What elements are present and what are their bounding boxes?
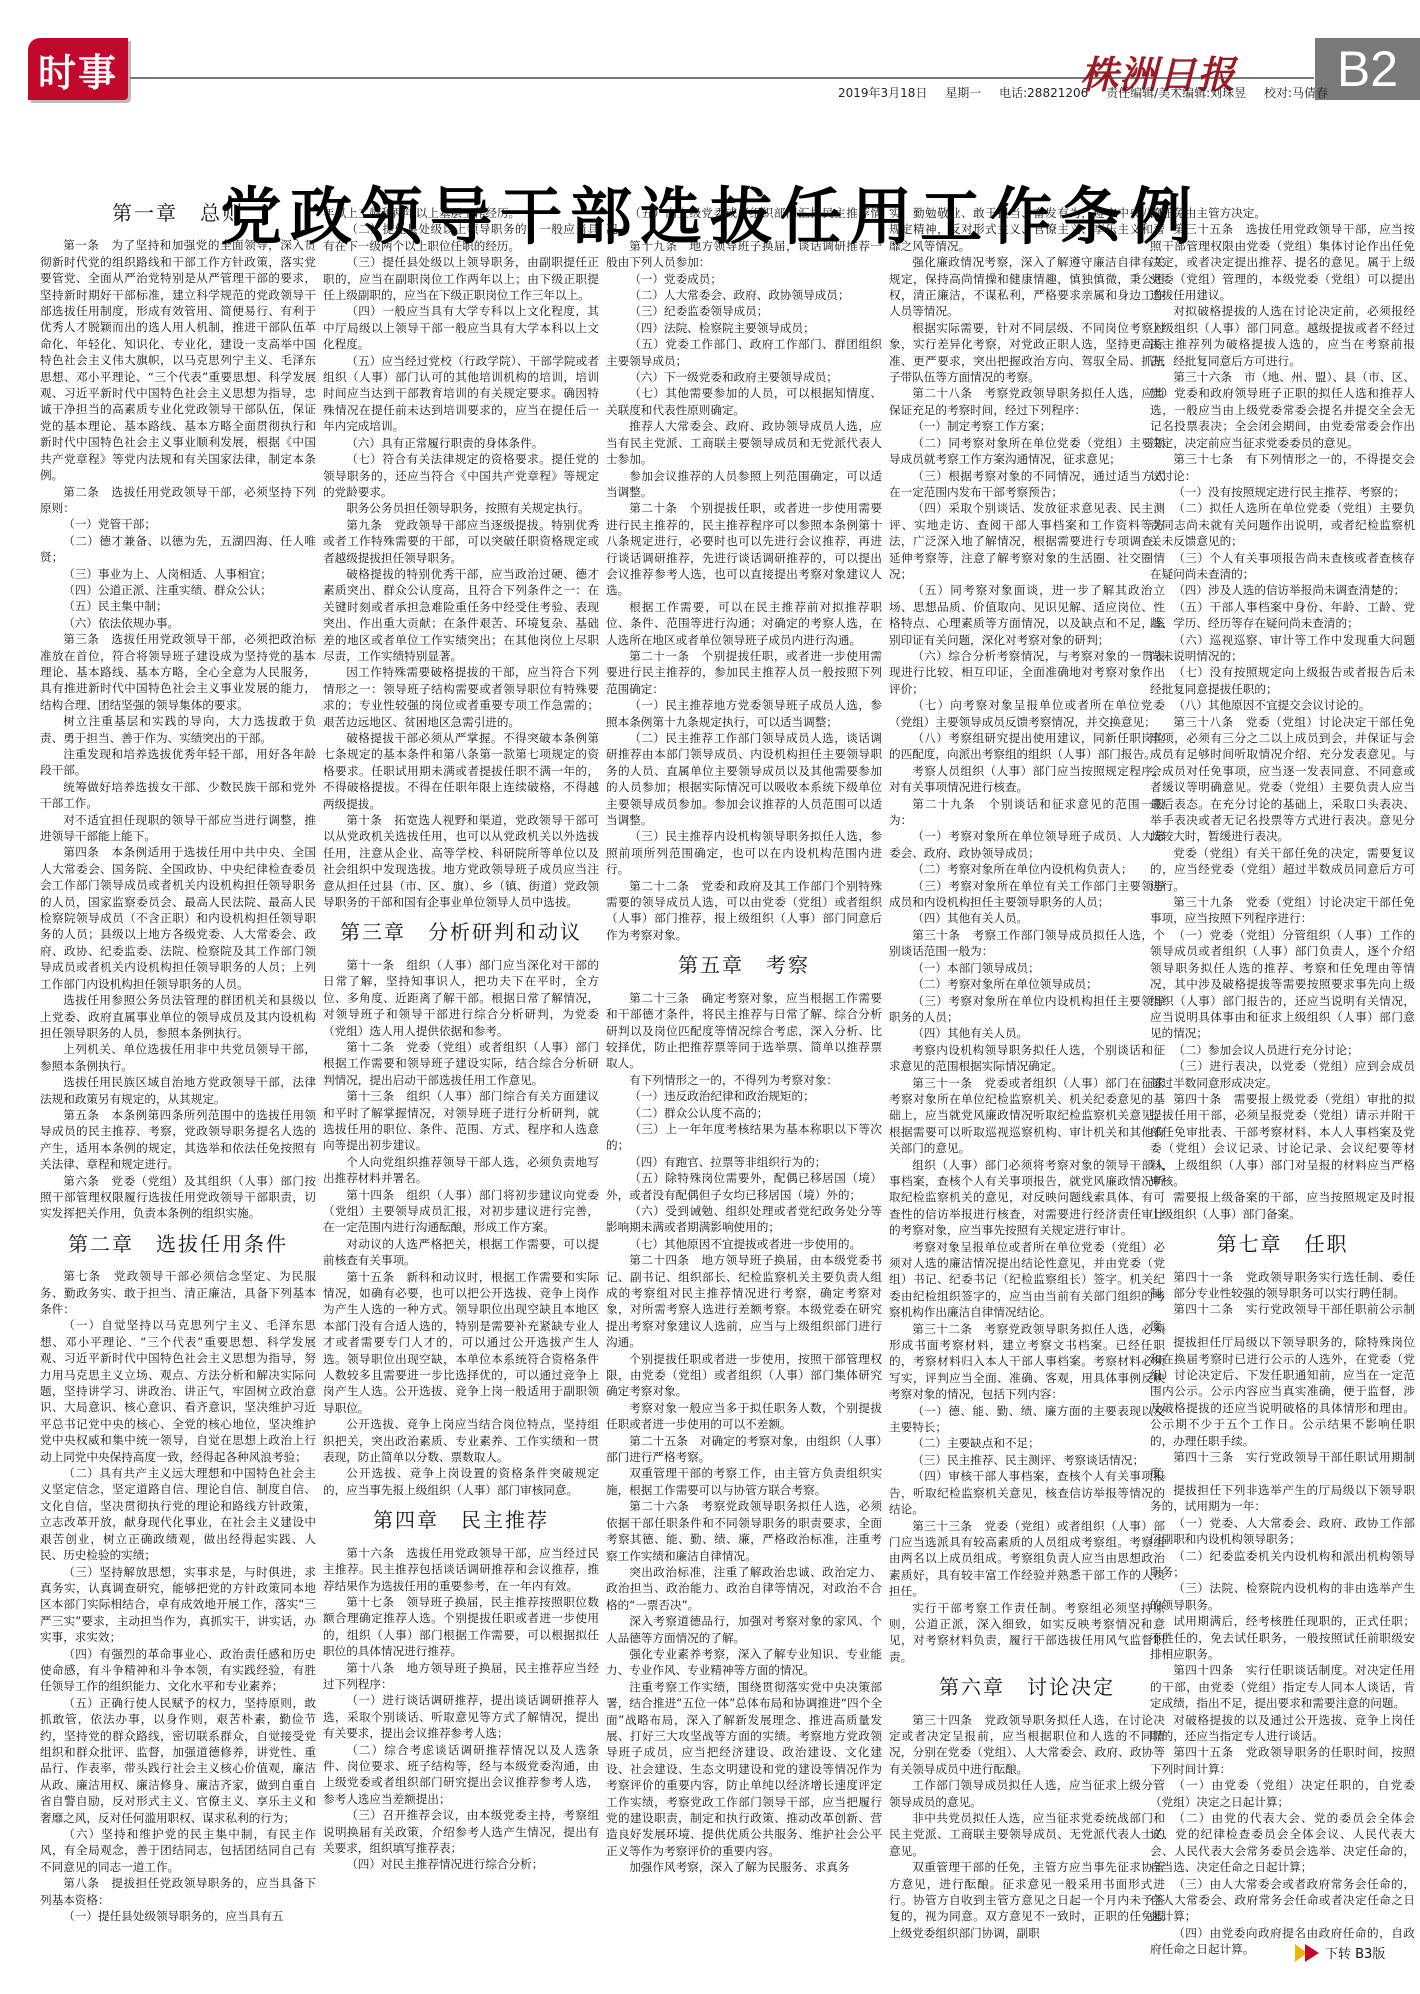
article-paragraph: 树立注重基层和实践的导向，大力选拔敢于负责、勇于担当、善于作为、实绩突出的干部。: [40, 713, 316, 746]
article-paragraph: （五）党委工作部门、政府工作部门、群团组织主要领导成员；: [606, 336, 882, 369]
article-paragraph: （三）事业为上、人岗相适、人事相宜；: [40, 566, 316, 582]
article-paragraph: 公开选拔、竞争上岗设置的资格条件突破规定的，应当事先报上级组织（人事）部门审核同…: [323, 1465, 599, 1498]
article-paragraph: （三）考察对象所在单位有关工作部门主要领导成员和内设机构担任主要领导职务的人员；: [889, 878, 1165, 911]
article-paragraph: 实、勤勉敬业、敢于担当、奋发有为，遵守中央八项规定精神，反对形式主义、官僚主义、…: [889, 205, 1165, 254]
article-paragraph: 第二十二条 党委和政府及其工作部门个别特殊需要的领导成员人选，可以由党委（党组）…: [606, 878, 882, 944]
article-paragraph: 第二十三条 确定考察对象，应当根据工作需要和干部德才条件，将民主推荐与日常了解、…: [606, 990, 882, 1072]
article-paragraph: 选拔任用参照公务员法管理的群团机关和县级以上党委、政府直属事业单位的领导成员及其…: [40, 992, 316, 1041]
article-paragraph: 第五条 本条例第四条所列范围中的选拔任用领导成员的民主推荐、考察，党政领导职务提…: [40, 1107, 316, 1173]
article-paragraph: 工作部门领导成员拟任人选，应当征求上级分管领导成员的意见。: [889, 1777, 1165, 1810]
article-paragraph: 双重管理干部的任免，主管方应当事先征求协管方意见，进行酝酿。征求意见一般采用书面…: [889, 1859, 1165, 1941]
article-paragraph: （七）向考察对象呈报单位或者所在单位党委（党组）主要领导成员反馈考察情况，并交换…: [889, 697, 1165, 730]
article-paragraph: （八）考察组研究提出使用建议，同新任职岗位的匹配度，向派出考察组的组织（人事）部…: [889, 730, 1165, 763]
article-paragraph: （一）由党委（党组）决定任职的，自党委（党组）决定之日起计算；: [1150, 1777, 1415, 1810]
article-paragraph: （一）没有按照规定进行民主推荐、考察的；: [1150, 484, 1415, 500]
article-paragraph: （七）符合有关法律规定的资格要求。提任党的领导职务的，还应当符合《中国共产党章程…: [323, 451, 599, 500]
article-paragraph: 破格提拔的特别优秀干部，应当政治过硬、德才素质突出、群众公认度高，且符合下列条件…: [323, 566, 599, 664]
article-paragraph: 深入考察道德品行，加强对考察对象的家风、个人品德等方面情况的了解。: [606, 1613, 882, 1646]
article-paragraph: 组织（人事）部门必须将考察对象的领导干部人事档案，查核个人有关事项报告，就党风廉…: [889, 1157, 1165, 1239]
article-paragraph: 第三十七条 有下列情形之一的，不得提交会议讨论：: [1150, 451, 1415, 484]
article-paragraph: 强化廉政情况考察，深入了解遵守廉洁自律有关规定，保持高尚情操和健康情趣，慎独慎微…: [889, 254, 1165, 320]
article-paragraph: （六）巡视巡察、审计等工作中发现重大问题尚未说明情况的；: [1150, 632, 1415, 665]
article-paragraph: （二）考察对象所在单位领导成员；: [889, 976, 1165, 992]
article-paragraph: 第二十八条 考察党政领导职务拟任人选，应当保证充足的考察时间，经过下列程序：: [889, 385, 1165, 418]
article-paragraph: 需要报上级备案的干部，应当按照规定及时报上级组织（人事）部门备案。: [1150, 1189, 1415, 1222]
article-paragraph: 第三十三条 党委（党组）或者组织（人事）部门应当选派具有较高素质的人员组成考察组…: [889, 1518, 1165, 1600]
article-paragraph: （一）党委成员；: [606, 271, 882, 287]
article-paragraph: （三）进行表决，以党委（党组）应到会成员超过半数同意形成决定。: [1150, 1058, 1415, 1091]
article-paragraph: 第十六条 选拔任用党政领导干部，应当经过民主推荐。民主推荐包括谈话调研推荐和会议…: [323, 1545, 599, 1594]
article-paragraph: 第四条 本条例适用于选拔任用中共中央、全国人大常委会、国务院、全国政协、中央纪律…: [40, 844, 316, 992]
article-paragraph: 职务公务员担任领导职务，按照有关规定执行。: [323, 500, 599, 516]
chapter-heading: 第一章 总则: [40, 205, 316, 221]
article-paragraph: 个人向党组织推荐领导干部人选，必须负责地写出推荐材料并署名。: [323, 1154, 599, 1187]
chapter-heading: 第三章 分析研判和动议: [323, 924, 599, 940]
article-paragraph: （二）德才兼备、以德为先，五湖四海、任人唯贤；: [40, 533, 316, 566]
chapter-heading: 第五章 考察: [606, 957, 882, 973]
article-paragraph: 提拔担任厅局级以下领导职务的，除特殊岗位和在换届考察时已进行公示的人选外，在党委…: [1150, 1334, 1415, 1449]
article-paragraph: （六）下一级党委和政府主要领导成员；: [606, 369, 882, 385]
article-paragraph: （一）党管干部；: [40, 516, 316, 532]
article-paragraph: （二）参加会议人员进行充分讨论；: [1150, 1042, 1415, 1058]
issue-date: 2019年3月18日: [838, 86, 927, 100]
article-paragraph: 第二十五条 对确定的考察对象，由组织（人事）部门进行严格考察。: [606, 1433, 882, 1466]
article-paragraph: 第二条 选拔任用党政领导干部，必须坚持下列原则：: [40, 484, 316, 517]
section-tab: 时事: [28, 38, 128, 100]
article-paragraph: （七）没有按照规定向上级报告或者报告后未经批复同意提拔任职的；: [1150, 664, 1415, 697]
article-paragraph: 第十五条 新科和动议时，根据工作需要和实际情况，如确有必要，也可以把公开选拔、竞…: [323, 1269, 599, 1417]
article-paragraph: （三）纪委监委领导成员；: [606, 303, 882, 319]
article-paragraph: （一）本部门领导成员；: [889, 960, 1165, 976]
article-paragraph: 第七条 党政领导干部必须信念坚定、为民服务、勤政务实、敢于担当、清正廉洁，具备下…: [40, 1268, 316, 1317]
article-paragraph: （二）主要缺点和不足；: [889, 1435, 1165, 1451]
article-paragraph: （四）对民主推荐情况进行综合分析；: [323, 1856, 599, 1872]
article-paragraph: 参加会议推荐的人员参照上列范围确定，可以适当调整。: [606, 468, 882, 501]
article-paragraph: 双重管理干部的考察工作，由主管方负责组织实施，根据工作需要可以与协管方联合考察。: [606, 1465, 882, 1498]
article-paragraph: （六）具有正常履行职责的身体条件。: [323, 435, 599, 451]
article-paragraph: 因工作特殊需要破格提拔的干部，应当符合下列情形之一：领导班子结构需要或者领导职位…: [323, 664, 599, 730]
article-paragraph: （四）有跑官、拉票等非组织行为的；: [606, 1154, 882, 1170]
chapter-heading: 第二章 选拔任用条件: [40, 1236, 316, 1252]
article-paragraph: 第三十八条 党委（党组）讨论决定干部任免事项，必须有三分之二以上成员到会，并保证…: [1150, 714, 1415, 845]
article-paragraph: （一）考察对象所在单位领导班子成员、人大常委会、政府、政协领导成员；: [889, 828, 1165, 861]
article-paragraph: 第三十二条 考察党政领导职务拟任人选，必须形成书面考察材料，建立考察文书档案。已…: [889, 1321, 1165, 1403]
article-paragraph: （一）制定考察工作方案；: [889, 418, 1165, 434]
article-paragraph: 上列机关、单位选拔任用非中共党员领导干部，参照本条例执行。: [40, 1041, 316, 1074]
article-paragraph: （六）综合分析考察情况，与考察对象的一贯表现进行比较、相互印证，全面准确地对考察…: [889, 648, 1165, 697]
article-paragraph: （二）群众公认度不高的；: [606, 1105, 882, 1121]
article-paragraph: 第三十五条 选拔任用党政领导干部，应当按照干部管理权限由党委（党组）集体讨论作出…: [1150, 221, 1415, 303]
article-paragraph: 第二十条 个别提拔任职，或者进一步使用需要进行民主推荐的，民主推荐程序可以参照本…: [606, 500, 882, 598]
article-paragraph: 个别提拔任职或者进一步使用，按照干部管理权限，由党委（党组）或者组织（人事）部门…: [606, 1351, 882, 1400]
continue-label: 下转 B3版: [1325, 1943, 1385, 1962]
article-paragraph: 第四十四条 实行任职谈话制度。对决定任用的干部，由党委（党组）指定专人同本人谈话…: [1150, 1662, 1415, 1711]
article-paragraph: （六）坚持和维护党的民主集中制，有民主作风，有全局观念，善于团结同志，包括团结同…: [40, 1826, 316, 1875]
article-paragraph: （五）应当经过党校（行政学院）、干部学院或者组织（人事）部门认可的其他培训机构的…: [323, 353, 599, 435]
proofreader: 校对:马倩春: [1264, 86, 1328, 100]
article-paragraph: （五）除特殊岗位需要外，配偶已移居国（境）外，或者没有配偶但子女均已移居国（境）…: [606, 1170, 882, 1203]
editor: 责任编辑/美术编辑:刘珠昱: [1106, 86, 1246, 100]
article-paragraph: 第四十条 需要报上级党委（党组）审批的拟提拔任用干部，必须呈报党委（党组）请示并…: [1150, 1091, 1415, 1189]
article-paragraph: （四）有强烈的革命事业心、政治责任感和历史使命感，有斗争精神和斗争本领，有实践经…: [40, 1646, 316, 1695]
continue-on-b3-link[interactable]: 下转 B3版: [1295, 1943, 1385, 1962]
article-paragraph: （三）民主推荐、民主测评、考察谈话情况；: [889, 1452, 1165, 1468]
article-paragraph: 第二十六条 考察党政领导职务拟任人选，必须依据干部任职条件和不同领导职务的职责要…: [606, 1498, 882, 1564]
article-paragraph: （三）考察对象所在单位内设机构担任主要领导职务的人员；: [889, 993, 1165, 1026]
article-paragraph: 第三十六条 市（地、州、盟）、县（市、区、旗）党委和政府领导班子正职的拟任人选和…: [1150, 369, 1415, 451]
chapter-heading: 第六章 讨论决定: [889, 1679, 1165, 1695]
article-paragraph: 第十三条 组织（人事）部门综合有关方面建议和平时了解掌握情况，对领导班子进行分析…: [323, 1088, 599, 1154]
article-paragraph: （四）一般应当具有大学专科以上文化程度，其中厅局级以上领导干部一般应当具有大学本…: [323, 303, 599, 352]
article-paragraph: 推荐人大常委会、政府、政协领导成员人选，应当有民主党派、工商联主要领导成员和无党…: [606, 418, 882, 467]
article-paragraph: 第十九条 地方领导班子换届，谈话调研推荐一般由下列人员参加：: [606, 238, 882, 271]
article-paragraph: 第四十三条 实行党政领导干部任职试用期制度。: [1150, 1449, 1415, 1482]
article-paragraph: 对不适宜担任现职的领导干部应当进行调整，推进领导干部能上能下。: [40, 812, 316, 845]
article-paragraph: （二）由党的代表大会、党的委员会全体会议、党的纪律检查委员会全体会议、人民代表大…: [1150, 1810, 1415, 1876]
article-paragraph: （三）召开推荐会议，由本级党委主持，考察组说明换届有关政策，介绍参考人选产生情况…: [323, 1807, 599, 1856]
article-paragraph: 第十八条 地方领导班子换届，民主推荐应当经过下列程序：: [323, 1660, 599, 1693]
article-paragraph: 第二十一条 个别提拔任职，或者进一步使用需要进行民主推荐的，参加民主推荐人员一般…: [606, 648, 882, 697]
article-paragraph: （一）自觉坚持以马克思列宁主义、毛泽东思想、邓小平理论、“三个代表”重要思想、科…: [40, 1317, 316, 1465]
article-paragraph: （一）党委（党组）分管组织（人事）工作的领导成员或者组织（人事）部门负责人，逐个…: [1150, 927, 1415, 1042]
article-paragraph: 考察对象呈报单位或者所在单位党委（党组）必须对人选的廉洁情况提出结论性意见，并由…: [889, 1239, 1165, 1321]
article-paragraph: 第三十九条 党委（党组）讨论决定干部任免事项，应当按照下列程序进行：: [1150, 894, 1415, 927]
chevron-right-icon: [1305, 1944, 1319, 1962]
article-paragraph: 加强作风考察，深入了解为民服务、求真务: [606, 1859, 882, 1875]
issue-meta: 2019年3月18日 星期一 电话:28821206 责任编辑/美术编辑:刘珠昱…: [838, 84, 1342, 101]
article-paragraph: 注重考察工作实绩，围绕贯彻落实党中央决策部署，结合推进“五位一体”总体布局和协调…: [606, 1679, 882, 1859]
article-paragraph: 第十二条 党委（党组）或者组织（人事）部门根据工作需要和领导班子建设实际，结合综…: [323, 1039, 599, 1088]
article-paragraph: （五）同考察对象面谈，进一步了解其政治立场、思想品质、价值取向、见识见解、适应岗…: [889, 582, 1165, 648]
article-paragraph: （八）其他原因不宜提交会议讨论的。: [1150, 697, 1415, 713]
article-paragraph: 选拔任用民族区域自治地方党政领导干部，法律法规和政策另有规定的，从其规定。: [40, 1074, 316, 1107]
article-paragraph: （二）纪委监委机关内设机构和派出机构领导职务；: [1150, 1548, 1415, 1581]
article-paragraph: 对动议的人选严格把关，根据工作需要，可以提前核查有关事项。: [323, 1236, 599, 1269]
article-paragraph: （四）其他有关人员。: [889, 910, 1165, 926]
article-paragraph: （四）法院、检察院主要领导成员；: [606, 320, 882, 336]
article-paragraph: 根据实际需要，针对不同层级、不同岗位考察对象，实行差异化考察，对党政正职人选，坚…: [889, 320, 1165, 386]
article-paragraph: 突出政治标准，注重了解政治忠诚、政治定力、政治担当、政治能力、政治自律等情况，对…: [606, 1564, 882, 1613]
article-paragraph: 第十四条 组织（人事）部门将初步建议向党委（党组）主要领导成员汇报，对初步建议进…: [323, 1187, 599, 1236]
article-paragraph: （三）上一年年度考核结果为基本称职以下等次的；: [606, 1121, 882, 1154]
article-paragraph: （二）提任县处级以上领导职务的，一般应当具有在下一级两个以上职位任职的经历。: [323, 221, 599, 254]
article-paragraph: 根据工作需要，可以在民主推荐前对拟推荐职位、条件、范围等进行沟通；对确定的考察人…: [606, 599, 882, 648]
article-paragraph: 考察人员组织（人事）部门应当按照规定程序，对有关事项情况进行核查。: [889, 763, 1165, 796]
issue-weekday: 星期一: [945, 86, 981, 100]
article-paragraph: （五）正确行使人民赋予的权力，坚持原则，敢抓敢管，依法办事，以身作则，艰苦朴素，…: [40, 1695, 316, 1826]
chapter-heading: 第四章 民主推荐: [323, 1512, 599, 1528]
article-paragraph: （三）由人大常委会或者政府常务会任命的，自人大常委会、政府常务会任命或者决定任命…: [1150, 1876, 1415, 1925]
article-paragraph: （一）进行谈话调研推荐，提出谈话调研推荐人选，采取个别谈话、听取意见等方式了解情…: [323, 1692, 599, 1741]
article-paragraph: 公开选拔、竞争上岗应当结合岗位特点，坚持组织把关，突出政治素质、专业素养、工作实…: [323, 1416, 599, 1465]
article-paragraph: （四）涉及人选的信访举报尚未调查清楚的；: [1150, 582, 1415, 598]
article-paragraph: （三）法院、检察院内设机构的非由选举产生的领导职务。: [1150, 1580, 1415, 1613]
article-paragraph: 年以上工龄和两年以上基层工作经历。: [323, 205, 599, 221]
article-paragraph: 统筹做好培养选拔女干部、少数民族干部和党外干部工作。: [40, 779, 316, 812]
article-paragraph: 实行干部考察工作责任制。考察组必须坚持原则，公道正派，深入细致，如实反映考察情况…: [889, 1600, 1165, 1666]
article-paragraph: 考察内设机构领导职务拟任人选，个别谈话和征求意见的范围根据实际情况确定。: [889, 1042, 1165, 1075]
article-paragraph: 第一条 为了坚持和加强党的全面领导，深入贯彻新时代党的组织路线和干部工作方针政策…: [40, 237, 316, 483]
text-column-4: 实、勤勉敬业、敢于担当、奋发有为，遵守中央八项规定精神，反对形式主义、官僚主义、…: [889, 205, 1165, 1941]
article-paragraph: （一）提任县处级领导职务的，应当具有五: [40, 1908, 316, 1924]
text-column-2: 年以上工龄和两年以上基层工作经历。（二）提任县处级以上领导职务的，一般应当具有在…: [323, 205, 599, 1873]
article-paragraph: （一）党委、人大常委会、政府、政协工作部门副职和内设机构领导职务；: [1150, 1515, 1415, 1548]
article-paragraph: （二）综合考虑谈话调研推荐情况以及人选条件、岗位要求、班子结构等，经与本级党委沟…: [323, 1742, 599, 1808]
article-paragraph: 第二十四条 地方领导班子换届，由本级党委书记、副书记、组织部长、纪检监察机关主要…: [606, 1252, 882, 1350]
article-paragraph: 第六条 党委（党组）及其组织（人事）部门按照干部管理权限履行选拔任用党政领导干部…: [40, 1173, 316, 1222]
article-paragraph: 第三十条 考察工作部门领导成员拟任人选，个别谈话范围一般为：: [889, 927, 1165, 960]
article-paragraph: 的任免由主管方决定。: [1150, 205, 1415, 221]
article-paragraph: （二）考察对象所在单位内设机构负责人；: [889, 861, 1165, 877]
article-paragraph: 第二十九条 个别谈话和征求意见的范围一般为：: [889, 796, 1165, 829]
chapter-heading: 第七章 任职: [1150, 1236, 1415, 1252]
article-paragraph: 有下列情形之一的，不得列为考察对象：: [606, 1072, 882, 1088]
article-paragraph: （一）德、能、勤、绩、廉方面的主要表现以及主要特长；: [889, 1403, 1165, 1436]
article-paragraph: 注重发现和培养选拔优秀年轻干部，用好各年龄段干部。: [40, 746, 316, 779]
article-paragraph: 第十条 拓宽选人视野和渠道，党政领导干部可以从党政机关选拔任用，也可以从党政机关…: [323, 812, 599, 910]
article-paragraph: （三）坚持解放思想，实事求是，与时俱进，求真务实，认真调查研究，能够把党的方针政…: [40, 1564, 316, 1646]
article-paragraph: 第十一条 组织（人事）部门应当深化对干部的日常了解，坚持知事识人，把功夫下在平时…: [323, 957, 599, 1039]
article-paragraph: 第三条 选拔任用党政领导干部，必须把政治标准放在首位，符合将领导班子建设成为坚持…: [40, 631, 316, 713]
article-paragraph: （三）个人有关事项报告尚未查核或者查核存在疑问尚未查清的；: [1150, 550, 1415, 583]
article-paragraph: （三）根据考察对象的不同情况，通过适当方式在一定范围内发布干部考察预告；: [889, 468, 1165, 501]
article-paragraph: （四）审核干部人事档案，查核个人有关事项报告，听取纪检监察机关意见，核查信访举报…: [889, 1468, 1165, 1517]
article-paragraph: （二）人大常委会、政府、政协领导成员；: [606, 287, 882, 303]
phone: 电话:28821206: [999, 86, 1088, 100]
article-paragraph: 第四十五条 党政领导职务的任职时间，按照下列时间计算：: [1150, 1744, 1415, 1777]
article-paragraph: （二）民主推荐工作部门领导成员人选，谈话调研推荐由本部门领导成员、内设机构担任主…: [606, 730, 882, 828]
article-paragraph: 第三十四条 党政领导职务拟任人选，在讨论决定或者决定呈报前，应当根据职位和人选的…: [889, 1712, 1165, 1778]
article-paragraph: （七）其他需要参加的人员，可以根据知情度、关联度和代表性原则确定。: [606, 385, 882, 418]
text-column-5: 的任免由主管方决定。第三十五条 选拔任用党政领导干部，应当按照干部管理权限由党委…: [1150, 205, 1415, 1958]
article-paragraph: （二）拟任人选所在单位党委（党组）主要负责同志尚未就有关问题作出说明，或者纪检监…: [1150, 500, 1415, 549]
article-paragraph: 第八条 提拔担任党政领导职务的，应当具备下列基本资格：: [40, 1875, 316, 1908]
article-paragraph: 第九条 党政领导干部应当逐级提拔。特别优秀或者工作特殊需要的干部，可以突破任职资…: [323, 517, 599, 566]
article-paragraph: 考察对象一般应当多于拟任职务人数，个别提拔任职或者进一步使用的可以不差额。: [606, 1400, 882, 1433]
article-paragraph: （一）违反政治纪律和政治规矩的；: [606, 1088, 882, 1104]
article-paragraph: 对拟破格提拔的人选在讨论决定前，必须报经上级组织（人事）部门同意。越级提拔或者不…: [1150, 303, 1415, 369]
article-paragraph: 破格提拔干部必须从严掌握。不得突破本条例第七条规定的基本条件和第八条第一款第七项…: [323, 730, 599, 812]
article-paragraph: 第十七条 领导班子换届，民主推荐按照职位数额合理确定推荐人选。个别提拔任职或者进…: [323, 1594, 599, 1660]
article-paragraph: 强化专业素养考察，深入了解专业知识、专业能力、专业作风、专业精神等方面的情况。: [606, 1646, 882, 1679]
article-paragraph: 提拔担任下列非选举产生的厅局级以下领导职务的，试用期为一年：: [1150, 1482, 1415, 1515]
article-paragraph: 第四十一条 党政领导职务实行选任制、委任制，部分专业性较强的领导职务可以实行聘任…: [1150, 1269, 1415, 1302]
article-paragraph: （三）民主推荐内设机构领导职务拟任人选，参照前项所列范围确定，也可以在内设机构范…: [606, 828, 882, 877]
article-paragraph: （四）采取个别谈话、发放征求意见表、民主测评、实地走访、查阅干部人事档案和工作资…: [889, 500, 1165, 582]
article-paragraph: 党委（党组）有关干部任免的决定，需要复议的，应当经党委（党组）超过半数成员同意后…: [1150, 845, 1415, 894]
article-paragraph: 试用期满后，经考核胜任现职的，正式任职；不胜任的，免去试任职务，一般按照试任前职…: [1150, 1613, 1415, 1662]
text-column-3: （五）向上级党委或者组织部门汇报民主推荐情况。第十九条 地方领导班子换届，谈话调…: [606, 205, 882, 1876]
article-paragraph: 第四十二条 实行党政领导干部任职前公示制度。: [1150, 1301, 1415, 1334]
article-paragraph: （五）向上级党委或者组织部门汇报民主推荐情况。: [606, 205, 882, 238]
section-label: 时事: [38, 42, 118, 97]
article-paragraph: 对破格提拔的以及通过公开选拔、竞争上岗任职的，还应当指定专人进行谈话。: [1150, 1712, 1415, 1745]
article-paragraph: （一）民主推荐地方党委领导班子成员人选，参照本条例第十九条规定执行，可以适当调整…: [606, 697, 882, 730]
article-paragraph: （七）其他原因不宜提拔或者进一步使用的。: [606, 1236, 882, 1252]
article-paragraph: 非中共党员拟任人选，应当征求党委统战部门和民主党派、工商联主要领导成员、无党派代…: [889, 1810, 1165, 1859]
text-column-1: 第一章 总则第一条 为了坚持和加强党的全面领导，深入贯彻新时代党的组织路线和干部…: [40, 205, 316, 1924]
article-paragraph: （四）其他有关人员。: [889, 1025, 1165, 1041]
article-paragraph: （四）公道正派、注重实绩、群众公认；: [40, 582, 316, 598]
article-paragraph: （二）具有共产主义远大理想和中国特色社会主义坚定信念，坚定道路自信、理论自信、制…: [40, 1465, 316, 1563]
article-paragraph: （五）民主集中制；: [40, 598, 316, 614]
article-paragraph: （三）提任县处级以上领导职务，由副职提任正职的，应当在副职岗位工作两年以上；由下…: [323, 254, 599, 303]
article-paragraph: （五）干部人事档案中身份、年龄、工龄、党龄、学历、经历等存在疑问尚未查清的；: [1150, 599, 1415, 632]
article-paragraph: 第三十一条 党委或者组织（人事）部门在征求考察对象所在单位纪检监察机关、机关纪委…: [889, 1075, 1165, 1157]
article-paragraph: （六）受到诫勉、组织处理或者党纪政务处分等影响期未满或者期满影响使用的；: [606, 1203, 882, 1236]
article-paragraph: （六）依法依规办事。: [40, 615, 316, 631]
article-paragraph: （二）同考察对象所在单位党委（党组）主要领导成员就考察工作方案沟通情况，征求意见…: [889, 435, 1165, 468]
